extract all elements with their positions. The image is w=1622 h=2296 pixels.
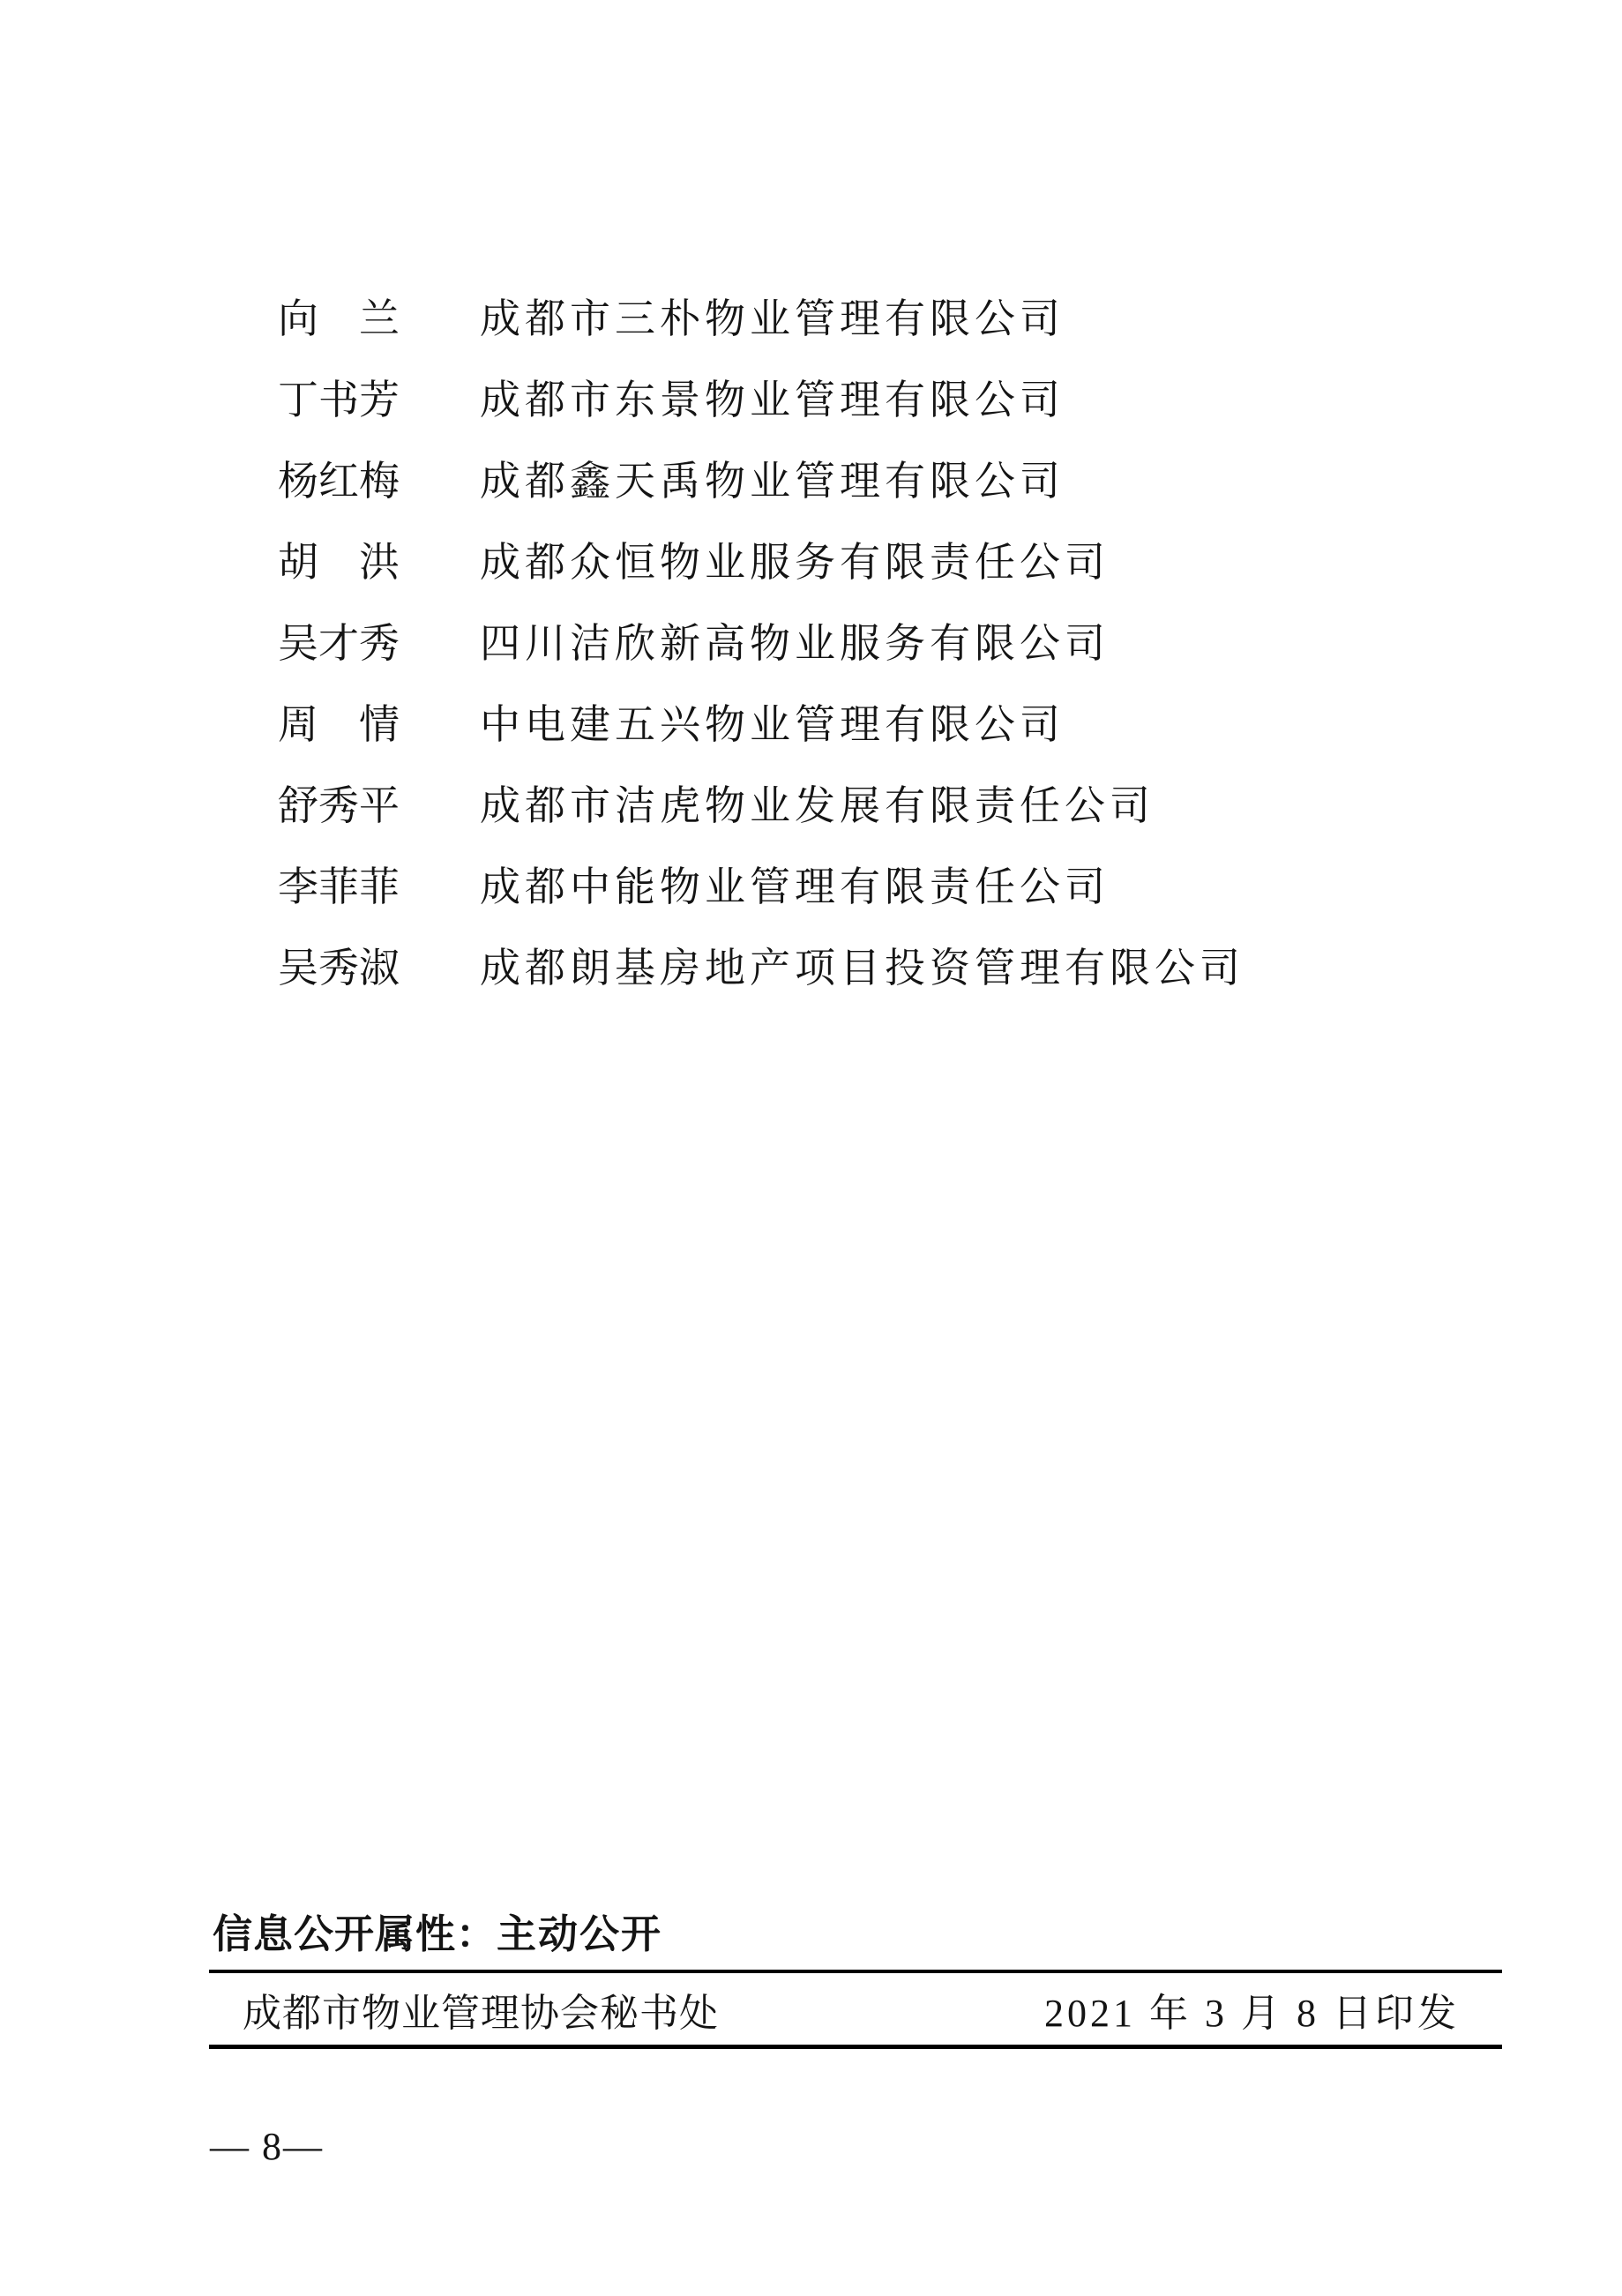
company-name: 成都市洁虎物业发展有限责任公司: [480, 774, 1155, 832]
person-name: 吴才秀: [278, 611, 480, 669]
award-roster-list: 向 兰 成都市三朴物业管理有限公司 丁书芳 成都市东景物业管理有限公司 杨红梅 …: [278, 275, 1245, 1006]
list-item: 丁书芳 成都市东景物业管理有限公司: [278, 356, 1245, 438]
company-name: 成都中能物业管理有限责任公司: [480, 855, 1110, 913]
person-name: 李菲菲: [278, 855, 480, 913]
list-item: 杨红梅 成都鑫天禹物业管理有限公司: [278, 438, 1245, 519]
person-name: 胡 洪: [278, 530, 480, 588]
print-date: 2021 年 3 月 8 日印发: [1044, 1981, 1460, 2038]
person-name: 杨红梅: [278, 449, 480, 507]
company-name: 成都众恒物业服务有限责任公司: [480, 530, 1110, 588]
company-name: 成都市东景物业管理有限公司: [480, 368, 1065, 426]
person-name: 吴秀淑: [278, 936, 480, 994]
company-name: 成都市三朴物业管理有限公司: [480, 287, 1065, 345]
list-item: 向 兰 成都市三朴物业管理有限公司: [278, 275, 1245, 356]
person-name: 周 情: [278, 692, 480, 751]
colophon-box: 成都市物业管理协会秘书处 2021 年 3 月 8 日印发: [209, 1970, 1502, 2049]
disclosure-label: 信息公开属性：: [213, 1911, 497, 1956]
company-name: 四川洁欣新高物业服务有限公司: [480, 611, 1110, 669]
person-name: 丁书芳: [278, 368, 480, 426]
disclosure-line: 信息公开属性：主动公开: [213, 1908, 662, 1961]
list-item: 周 情 中电建五兴物业管理有限公司: [278, 681, 1245, 762]
issuer-name: 成都市物业管理协会秘书处: [243, 1981, 719, 2038]
person-name: 向 兰: [278, 287, 480, 345]
company-name: 成都朗基房地产项目投资管理有限公司: [480, 936, 1245, 994]
document-page: 向 兰 成都市三朴物业管理有限公司 丁书芳 成都市东景物业管理有限公司 杨红梅 …: [0, 0, 1622, 2296]
list-item: 李菲菲 成都中能物业管理有限责任公司: [278, 843, 1245, 924]
page-number: — 8—: [210, 2124, 324, 2169]
person-name: 舒秀平: [278, 774, 480, 832]
list-item: 吴秀淑 成都朗基房地产项目投资管理有限公司: [278, 924, 1245, 1006]
company-name: 中电建五兴物业管理有限公司: [480, 692, 1065, 751]
list-item: 舒秀平 成都市洁虎物业发展有限责任公司: [278, 762, 1245, 843]
company-name: 成都鑫天禹物业管理有限公司: [480, 449, 1065, 507]
list-item: 吴才秀 四川洁欣新高物业服务有限公司: [278, 600, 1245, 681]
list-item: 胡 洪 成都众恒物业服务有限责任公司: [278, 519, 1245, 600]
disclosure-value: 主动公开: [497, 1912, 662, 1956]
